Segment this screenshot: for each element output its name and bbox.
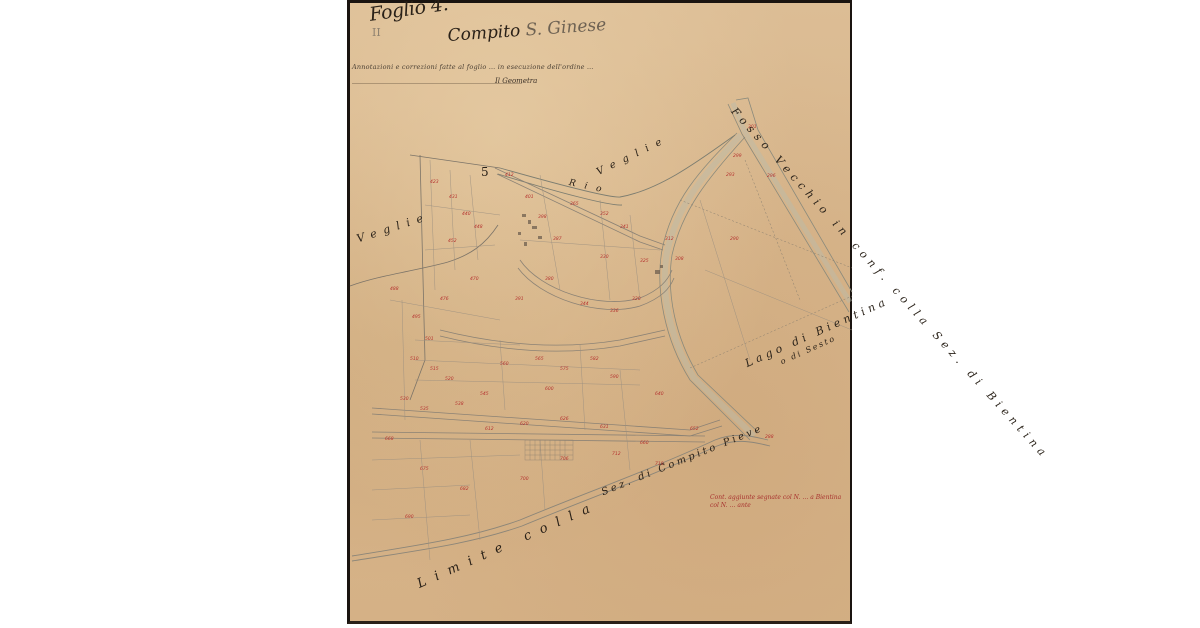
- map-viewer: 4234314404524484124013983873653523413123…: [0, 0, 1200, 628]
- red-note-line-2: col N. … ante: [710, 502, 841, 510]
- red-note-line-1: Cont. aggiunte segnate col N. … a Bienti…: [710, 494, 841, 502]
- annotation-rule: [352, 83, 522, 84]
- north-parcel-number: 5: [481, 165, 489, 179]
- map-sheet: [347, 0, 852, 624]
- margin-annotation: Annotazioni e correzioni fatte al foglio…: [352, 63, 594, 71]
- roman-numeral-label: II: [372, 26, 381, 39]
- red-ink-note: Cont. aggiunte segnate col N. … a Bienti…: [710, 494, 841, 510]
